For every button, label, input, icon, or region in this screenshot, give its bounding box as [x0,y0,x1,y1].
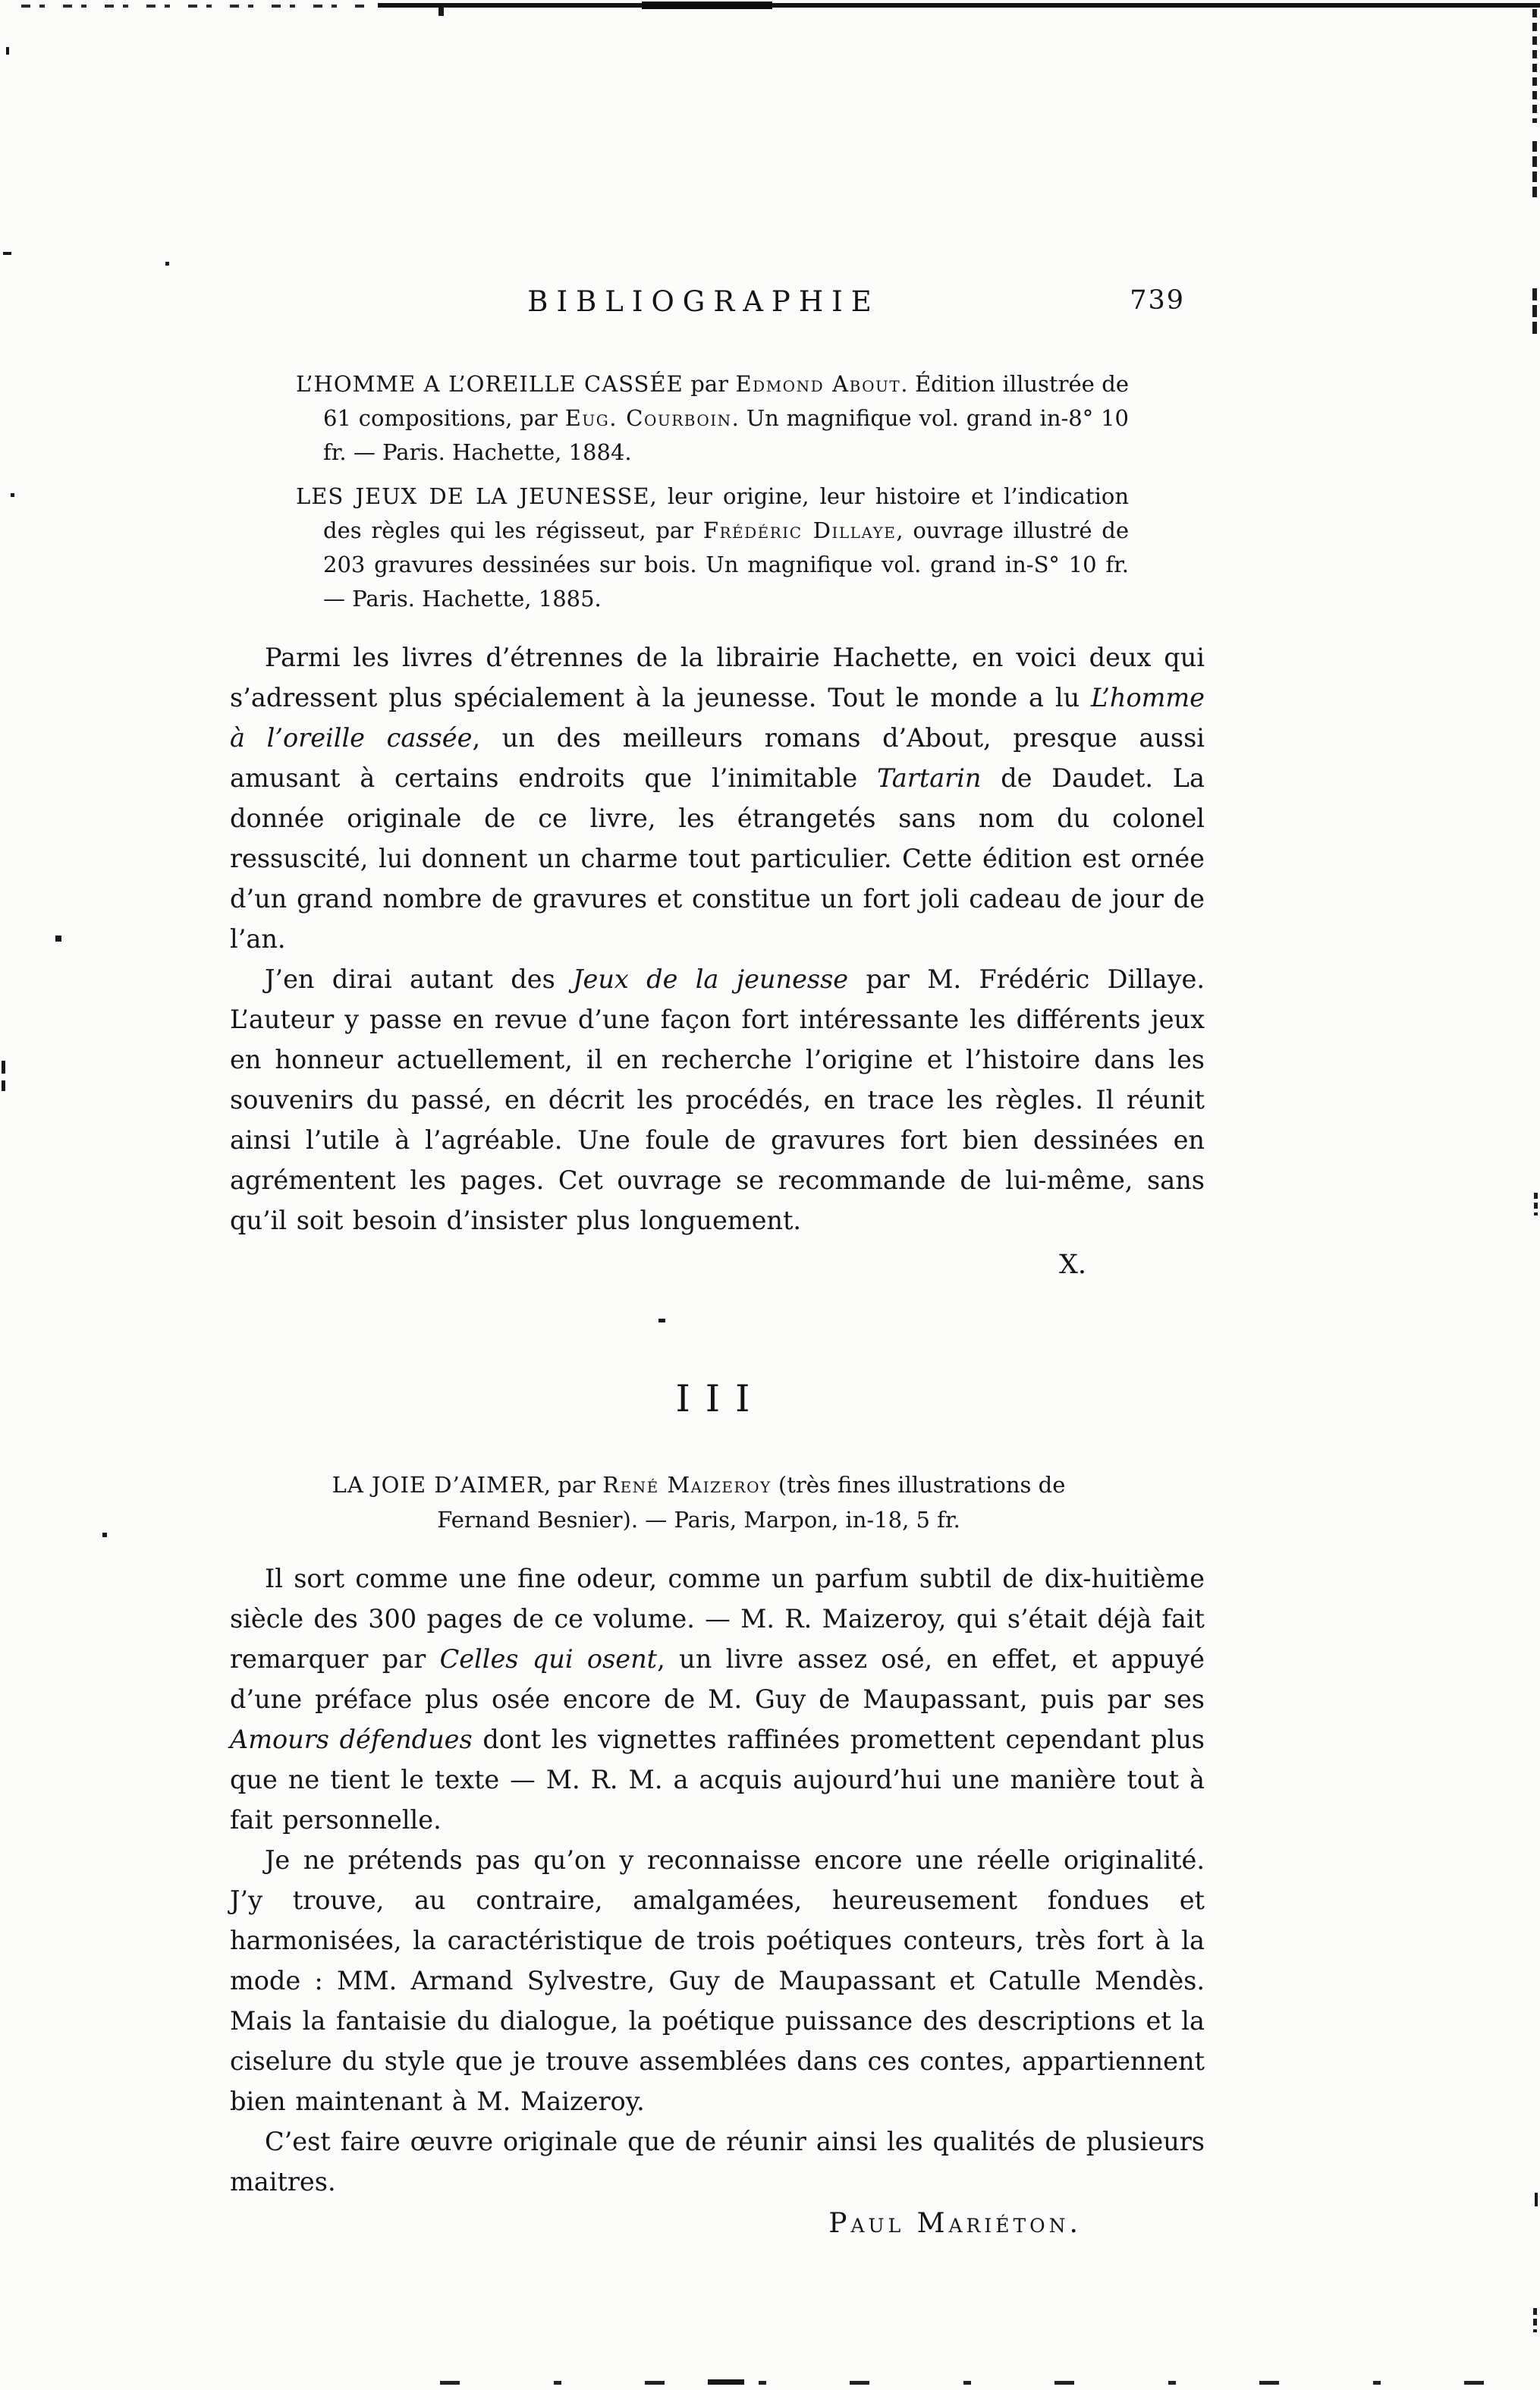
scan-artifact-right-edge [1532,141,1537,202]
bibliography-entry: L’HOMME A L’OREILLE CASSÉE par Edmond Ab… [296,367,1129,470]
scan-artifact-right-edge [1535,2193,1538,2206]
scan-artifact-bottom-dashed-rule [440,2381,1540,2385]
page-header-title: BIBLIOGRAPHIE [527,285,879,318]
review-signature: Paul Mariéton. [230,2208,1205,2239]
section-heading: III [230,1377,1205,1420]
paragraph: J’en dirai autant des Jeux de la jeuness… [230,959,1205,1241]
paragraph: Il sort comme une fine odeur, comme un p… [230,1558,1205,1840]
review-signature: X. [230,1250,1205,1280]
scan-artifact-bottom-blob [708,2379,744,2385]
scan-artifact-speck [55,936,61,942]
scan-artifact-right-edge [1533,2308,1537,2332]
page-number: 739 [1130,285,1185,316]
scan-artifact-right-edge [1532,288,1537,338]
page-content: BIBLIOGRAPHIE 739 L’HOMME A L’OREILLE CA… [230,0,1205,2239]
paragraph: Parmi les livres d’étrennes de la librai… [230,637,1205,959]
bibliography-entry: LES JEUX DE LA JEUNESSE, leur origine, l… [296,480,1129,616]
scan-artifact-speck [165,262,169,266]
scan-artifact-speck [6,47,9,55]
scan-artifact-speck [11,493,14,497]
running-header: BIBLIOGRAPHIE 739 [230,285,1205,323]
paragraph: Je ne prétends pas qu’on y reconnaisse e… [230,1840,1205,2121]
scan-artifact-right-edge [1534,1193,1538,1215]
review-signature-text: Paul Mariéton. [828,2208,1082,2239]
bibliography-entry: LA JOIE D’AIMER, par René Maizeroy (très… [296,1467,1102,1537]
paragraph: C’est faire œuvre originale que de réuni… [230,2121,1205,2202]
scanned-book-page: BIBLIOGRAPHIE 739 L’HOMME A L’OREILLE CA… [0,0,1540,2390]
scan-artifact-speck [3,252,11,255]
scan-artifact-right-edge [1532,9,1537,123]
scan-artifact-speck [102,1533,107,1537]
scan-artifact-speck [2,1061,5,1074]
scan-artifact-speck [2,1080,5,1091]
